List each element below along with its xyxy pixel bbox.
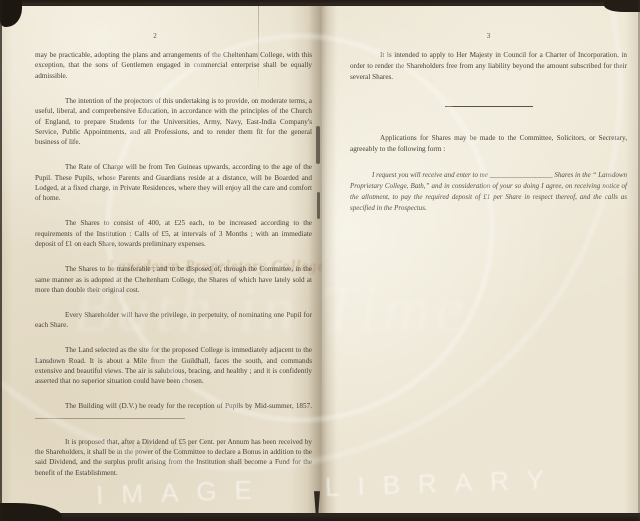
paragraph: Every Shareholder will have the privileg… — [35, 310, 312, 331]
section-divider-rule — [445, 106, 533, 107]
scan-edge-left — [0, 0, 2, 521]
paragraph: The Land selected as the site for the pr… — [35, 345, 312, 387]
binding-stitch-mark — [317, 192, 320, 219]
scan-corner-top-right — [604, 0, 640, 12]
binding-stitch-mark — [316, 126, 320, 164]
page-3-number: 3 — [350, 32, 627, 40]
page-2-text-column: may be practicable, adopting the plans a… — [35, 50, 312, 493]
scan-edge-top — [0, 0, 640, 6]
page-3: 3 It is intended to apply to Her Majesty… — [322, 6, 640, 513]
book-spread: 2 Lansdown Proprietary College PROSPECTU… — [0, 6, 640, 513]
paragraph: The Shares to be transferable ; and to b… — [35, 264, 312, 295]
page-3-text-column: It is intended to apply to Her Majesty i… — [350, 50, 627, 229]
scan-edge-bottom — [0, 513, 640, 521]
paragraph: The intention of the projectors of this … — [35, 96, 312, 148]
paragraph: may be practicable, adopting the plans a… — [35, 50, 312, 81]
paragraph: Applications for Shares may be made to t… — [350, 133, 627, 155]
page-2-number: 2 — [35, 32, 275, 40]
book-gutter-shadow — [308, 6, 336, 513]
page-2: 2 Lansdown Proprietary College PROSPECTU… — [0, 6, 322, 513]
paragraph: The Shares to consist of 400, at £25 eac… — [35, 218, 312, 249]
scanned-document: 2 Lansdown Proprietary College PROSPECTU… — [0, 0, 640, 521]
paragraph: The Rate of Charge will be from Ten Guin… — [35, 162, 312, 204]
paragraph: It is intended to apply to Her Majesty i… — [350, 50, 627, 84]
paragraph: The Building will (D.V.) be ready for th… — [35, 401, 312, 422]
application-form-text: I request you will receive and enter to … — [350, 170, 627, 215]
paragraph: It is proposed that, after a Dividend of… — [35, 437, 312, 479]
